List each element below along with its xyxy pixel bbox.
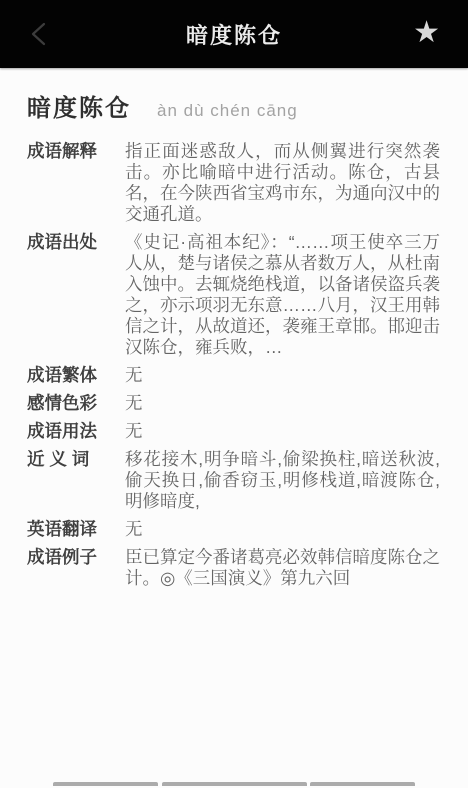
row-usage: 成语用法 无 (27, 421, 440, 442)
peek-card-edge (162, 782, 307, 786)
page-title: 暗度陈仓 (0, 19, 468, 50)
row-example: 成语例子 臣已算定今番诸葛亮必效韩信暗度陈仓之计。◎《三国演义》第九六回 (27, 547, 440, 589)
row-label: 成语繁体 (27, 365, 125, 386)
star-icon: ★ (413, 18, 440, 48)
row-value: 无 (125, 519, 440, 540)
row-traditional: 成语繁体 无 (27, 365, 440, 386)
entry-header: 暗度陈仓 àn dù chén cāng (27, 88, 440, 123)
row-synonyms: 近 义 词 移花接木,明争暗斗,偷梁换柱,暗送秋波,偷天换日,偷香窃玉,明修栈道… (27, 449, 440, 512)
row-label: 成语出处 (27, 232, 125, 358)
peek-card-edge (310, 782, 415, 786)
row-label: 英语翻译 (27, 519, 125, 540)
row-source: 成语出处 《史记·高祖本纪》：“……项王使卒三万人从，楚与诸侯之慕从者数万人，从… (27, 232, 440, 358)
idiom-pinyin: àn dù chén cāng (157, 101, 298, 121)
row-value: 指正面迷惑敌人，而从侧翼进行突然袭击。亦比喻暗中进行活动。陈仓，古县名，在今陕西… (125, 141, 440, 225)
row-label: 成语解释 (27, 141, 125, 225)
row-label: 成语用法 (27, 421, 125, 442)
row-english: 英语翻译 无 (27, 519, 440, 540)
peek-card-edge (53, 782, 158, 786)
row-value: 无 (125, 365, 440, 386)
bottom-peek-cards (0, 780, 468, 788)
row-sentiment: 感情色彩 无 (27, 393, 440, 414)
row-label: 近 义 词 (27, 449, 125, 512)
row-label: 成语例子 (27, 547, 125, 589)
row-value: 无 (125, 421, 440, 442)
idiom-detail: 暗度陈仓 àn dù chén cāng 成语解释 指正面迷惑敌人，而从侧翼进行… (0, 68, 468, 589)
row-value: 无 (125, 393, 440, 414)
app-bar: 暗度陈仓 ★ (0, 0, 468, 68)
row-label: 感情色彩 (27, 393, 125, 414)
row-value: 移花接木,明争暗斗,偷梁换柱,暗送秋波,偷天换日,偷香窃玉,明修栈道,暗渡陈仓,… (125, 449, 440, 512)
row-explanation: 成语解释 指正面迷惑敌人，而从侧翼进行突然袭击。亦比喻暗中进行活动。陈仓，古县名… (27, 141, 440, 225)
back-button[interactable] (28, 14, 68, 54)
row-value: 《史记·高祖本纪》：“……项王使卒三万人从，楚与诸侯之慕从者数万人，从杜南入蚀中… (125, 232, 440, 358)
favorite-button[interactable]: ★ (400, 14, 440, 54)
idiom-word: 暗度陈仓 (27, 88, 131, 123)
row-value: 臣已算定今番诸葛亮必效韩信暗度陈仓之计。◎《三国演义》第九六回 (125, 547, 440, 589)
chevron-left-icon (28, 21, 50, 47)
